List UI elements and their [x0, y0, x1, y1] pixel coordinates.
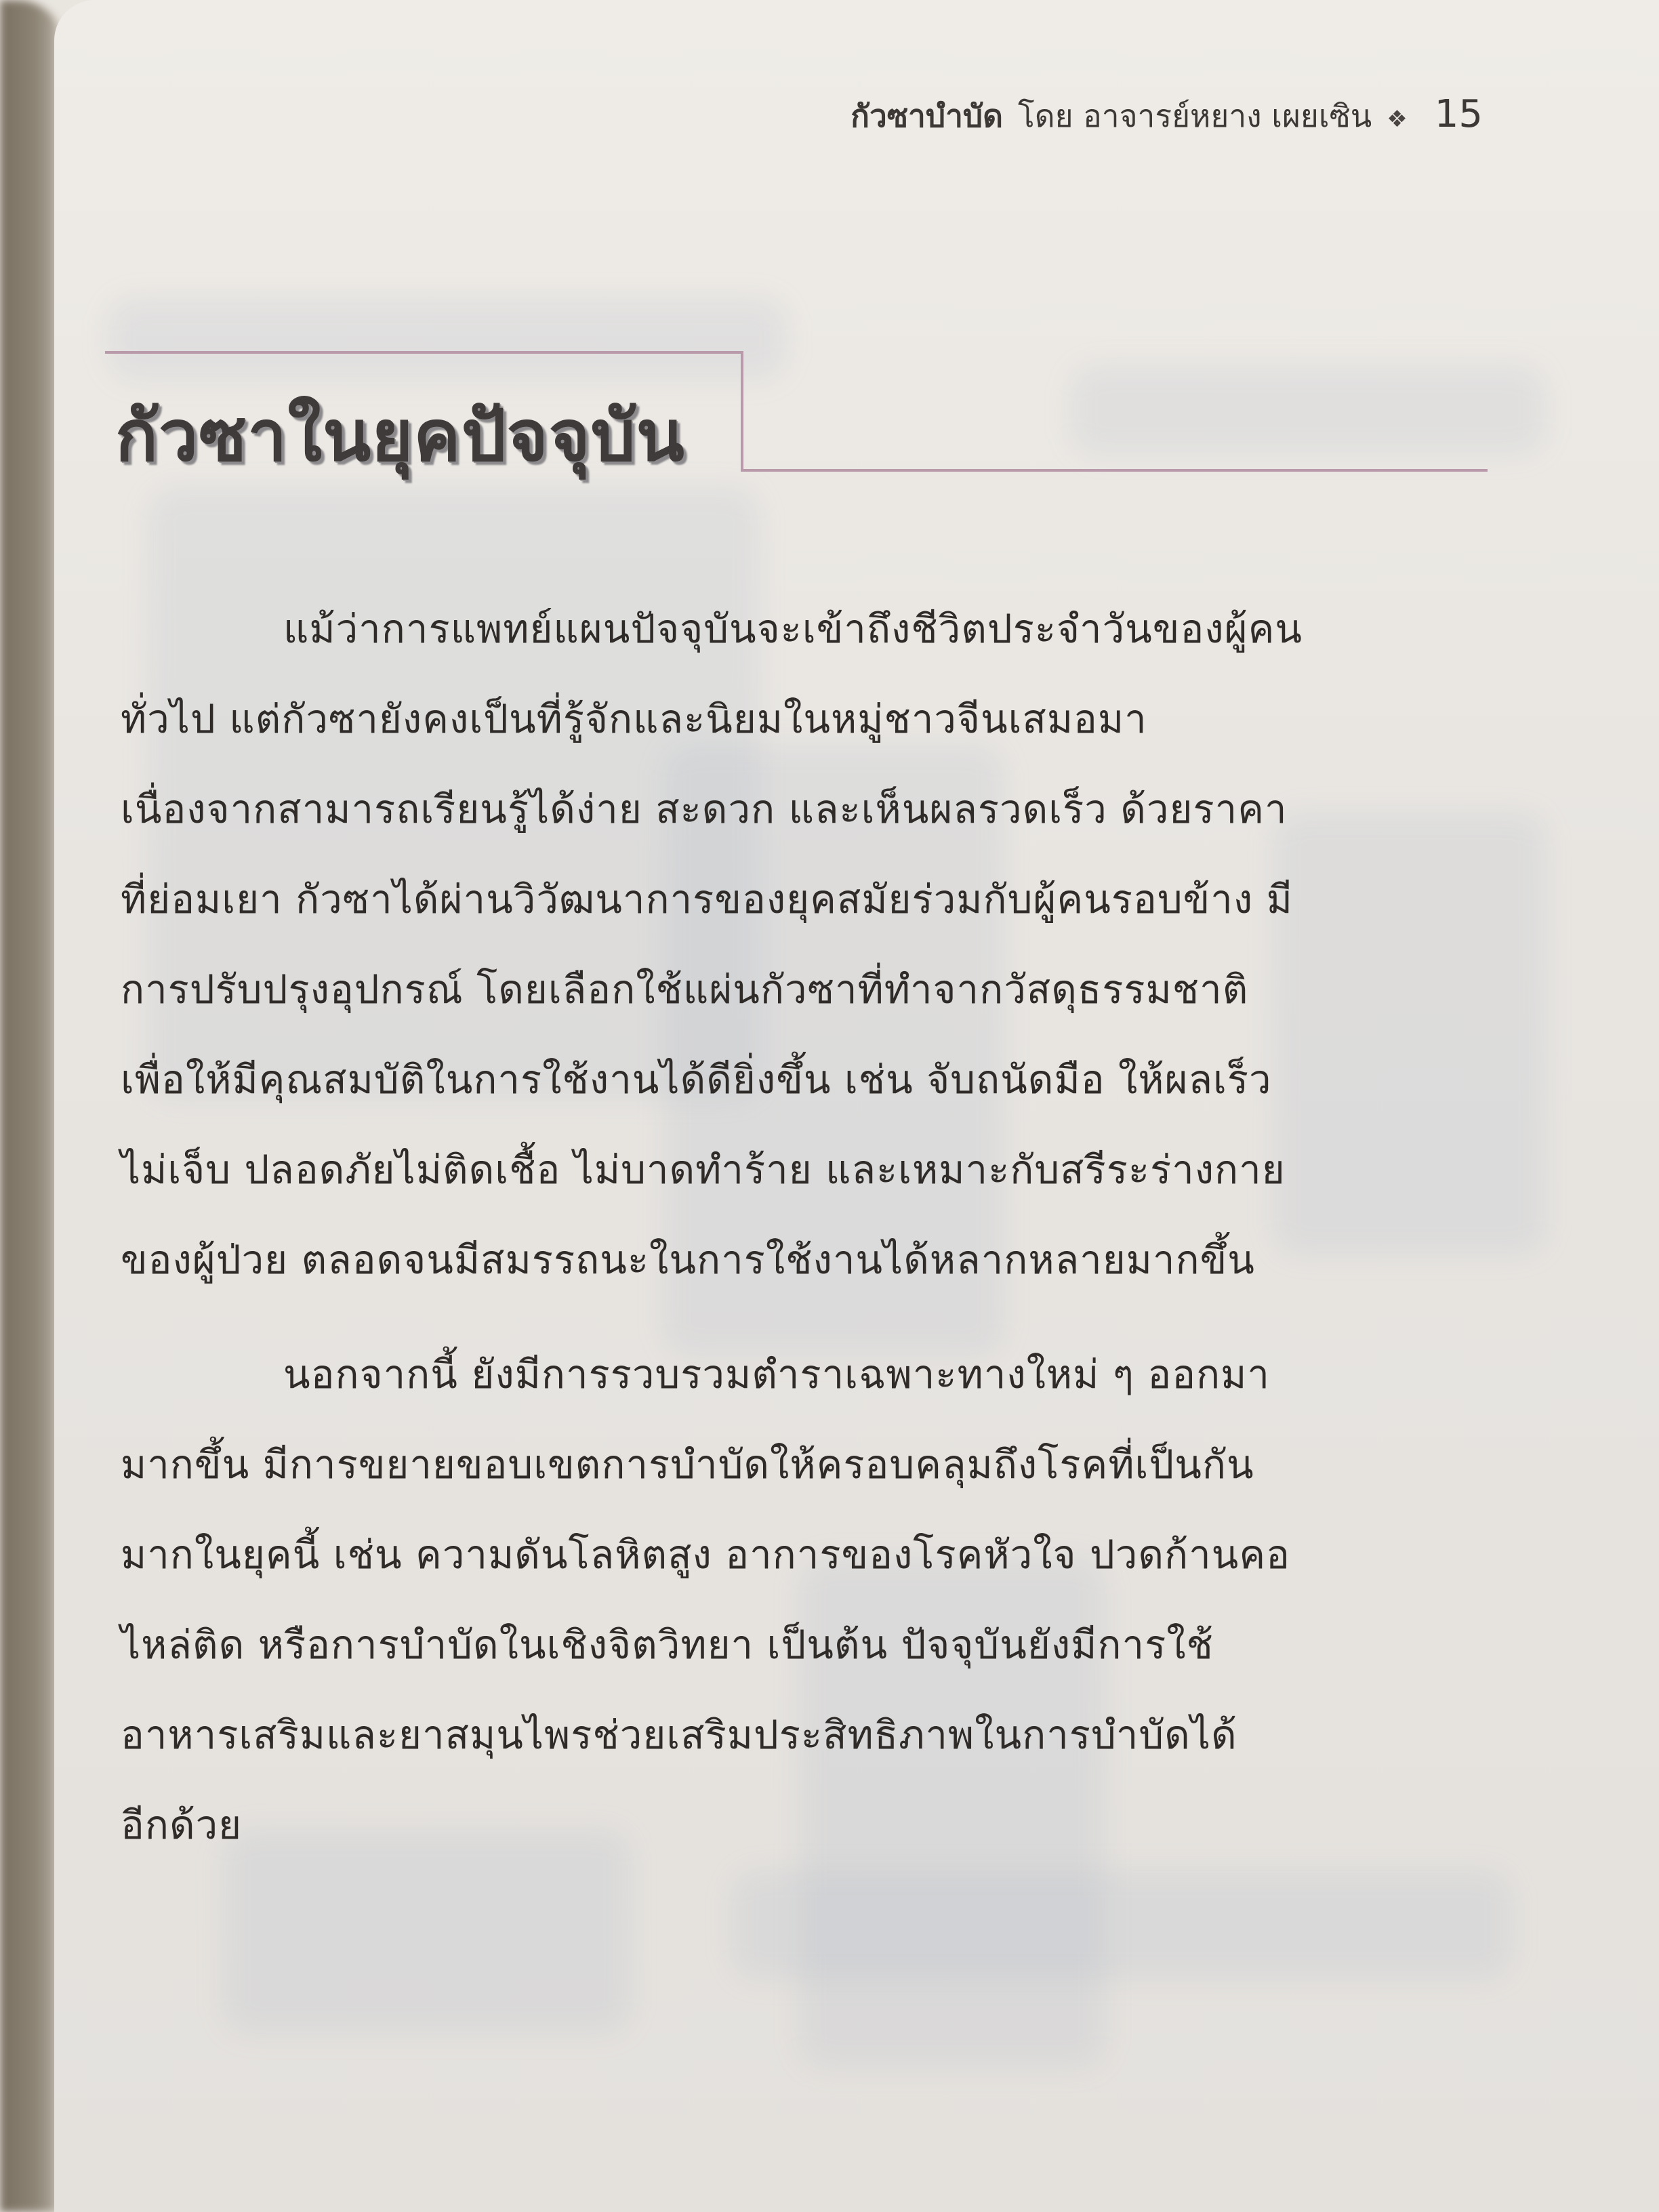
paragraph-line: ทั่วไป แต่กัวซายังคงเป็นที่รู้จักและนิยม…: [121, 674, 1517, 764]
paragraph-line: ไม่เจ็บ ปลอดภัยไม่ติดเชื้อ ไม่บาดทำร้าย …: [121, 1125, 1517, 1215]
paragraph-line: เนื่องจากสามารถเรียนรู้ได้ง่าย สะดวก และ…: [121, 764, 1517, 855]
paragraph-line: มากขึ้น มีการขยายขอบเขตการบำบัดให้ครอบคล…: [121, 1420, 1517, 1510]
frame-line-right: [741, 351, 743, 472]
bleed-through-shading: [732, 1870, 1511, 1979]
paragraph-line: นอกจากนี้ ยังมีการรวบรวมตำราเฉพาะทางใหม่…: [121, 1330, 1517, 1420]
paragraph-line: มากในยุคนี้ เช่น ความดันโลหิตสูง อาการขอ…: [121, 1510, 1517, 1600]
frame-line-top: [105, 351, 742, 354]
paragraph-line: ไหล่ติด หรือการบำบัดในเชิงจิตวิทยา เป็นต…: [121, 1600, 1517, 1690]
paragraph-line: แม้ว่าการแพทย์แผนปัจจุบันจะเข้าถึงชีวิตป…: [121, 584, 1517, 674]
running-head-byline: โดย อาจารย์หยาง เผยเซิน: [1018, 91, 1372, 141]
paragraph-2: นอกจากนี้ ยังมีการรวบรวมตำราเฉพาะทางใหม่…: [121, 1330, 1517, 1870]
paragraph-line: เพื่อให้มีคุณสมบัติในการใช้งานได้ดียิ่งข…: [121, 1035, 1517, 1125]
page-number: 15: [1435, 92, 1483, 136]
frame-line-bottom: [741, 469, 1488, 472]
paragraph-line: ของผู้ป่วย ตลอดจนมีสมรรถนะในการใช้งานได้…: [121, 1215, 1517, 1305]
paragraph-line: อาหารเสริมและยาสมุนไพรช่วยเสริมประสิทธิภ…: [121, 1690, 1517, 1780]
paragraph-line: การปรับปรุงอุปกรณ์ โดยเลือกใช้แผ่นกัวซาท…: [121, 945, 1517, 1035]
paragraph-line: อีกด้วย: [121, 1780, 1517, 1870]
section-title: กัวซาในยุคปัจจุบัน: [115, 380, 685, 491]
paragraph-1: แม้ว่าการแพทย์แผนปัจจุบันจะเข้าถึงชีวิตป…: [121, 584, 1517, 1305]
paragraph-line: ที่ย่อมเยา กัวซาได้ผ่านวิวัฒนาการของยุคส…: [121, 855, 1517, 945]
running-head: กัวซาบำบัด โดย อาจารย์หยาง เผยเซิน ❖ 15: [851, 91, 1483, 141]
diamond-ornament-icon: ❖: [1387, 106, 1407, 133]
running-head-book-title: กัวซาบำบัด: [851, 91, 1003, 141]
